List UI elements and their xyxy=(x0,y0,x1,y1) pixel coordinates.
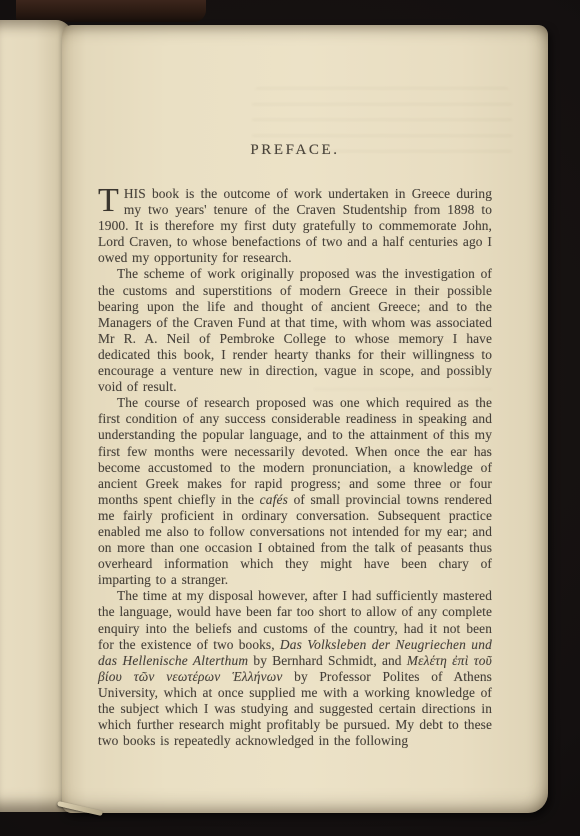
paragraph-3: The course of research proposed was one … xyxy=(98,395,492,588)
drop-cap: T xyxy=(98,186,124,217)
book-cover-top-edge xyxy=(16,0,206,22)
paragraph-4: The time at my disposal however, after I… xyxy=(98,588,492,749)
paragraph-2: The scheme of work originally proposed w… xyxy=(98,266,492,395)
photo-background: PREFACE. THIS book is the outcome of wor… xyxy=(0,0,580,836)
paragraph-1-text: HIS book is the outcome of work undertak… xyxy=(98,186,492,265)
preface-text: THIS book is the outcome of work underta… xyxy=(98,186,492,749)
paragraph-1: THIS book is the outcome of work underta… xyxy=(98,186,492,266)
book-page: PREFACE. THIS book is the outcome of wor… xyxy=(62,25,548,813)
page-title: PREFACE. xyxy=(98,142,492,159)
